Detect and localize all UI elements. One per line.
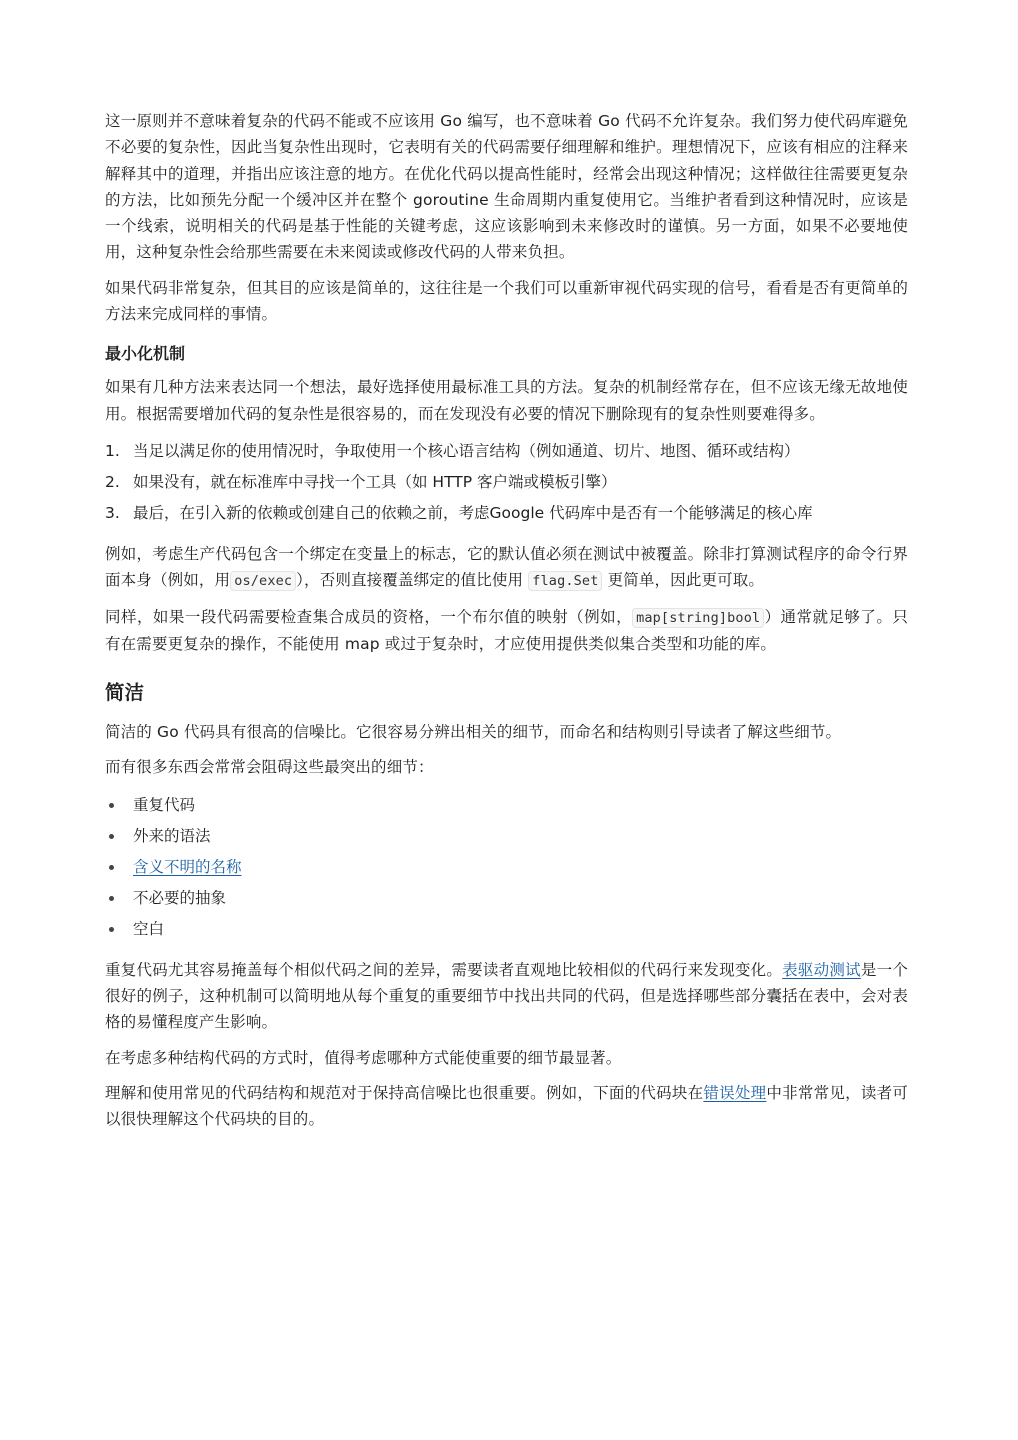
list-item-text: 重复代码 — [133, 796, 195, 814]
list-item-text: 如果没有，就在标准库中寻找一个工具（如 HTTP 客户端或模板引擎） — [133, 473, 617, 491]
inline-code-os-exec: os/exec — [230, 571, 296, 591]
list-number: 1. — [105, 436, 127, 467]
list-number: 2. — [105, 467, 127, 498]
paragraph-conventions: 理解和使用常见的代码结构和规范对于保持高信噪比也很重要。例如，下面的代码块在错误… — [105, 1080, 908, 1133]
bullet-icon — [109, 896, 114, 901]
list-item: 2. 如果没有，就在标准库中寻找一个工具（如 HTTP 客户端或模板引擎） — [105, 467, 908, 498]
text-segment: ），否则直接覆盖绑定的值比使用 — [296, 571, 523, 589]
paragraph-concise-lead: 而有很多东西会常常会阻碍这些最突出的细节： — [105, 754, 908, 780]
list-item: 3. 最后，在引入新的依赖或创建自己的依赖之前，考虑Google 代码库中是否有… — [105, 498, 908, 529]
list-item: 外来的语法 — [105, 821, 908, 852]
link-error-handling[interactable]: 错误处理 — [703, 1084, 766, 1102]
paragraph-repetition: 重复代码尤其容易掩盖每个相似代码之间的差异，需要读者直观地比较相似的代码行来发现… — [105, 957, 908, 1036]
list-item-text: 外来的语法 — [133, 827, 211, 845]
list-item-text: 当足以满足你的使用情况时，争取使用一个核心语言结构（例如通道、切片、地图、循环或… — [133, 442, 800, 460]
list-item-text: 最后，在引入新的依赖或创建自己的依赖之前，考虑Google 代码库中是否有一个能… — [133, 504, 813, 522]
document-page: 这一原则并不意味着复杂的代码不能或不应该用 Go 编写，也不意味着 Go 代码不… — [105, 108, 908, 1142]
list-item: 空白 — [105, 914, 908, 945]
paragraph-simplify-signal: 如果代码非常复杂，但其目的应该是简单的，这往往是一个我们可以重新审视代码实现的信… — [105, 275, 908, 328]
paragraph-flag-example: 例如，考虑生产代码包含一个绑定在变量上的标志，它的默认值必须在测试中被覆盖。除非… — [105, 541, 908, 595]
inline-code-map-string-bool: map[string]bool — [632, 608, 764, 628]
heading-concision: 简洁 — [105, 677, 908, 709]
link-unclear-names[interactable]: 含义不明的名称 — [133, 858, 242, 876]
text-segment: 理解和使用常见的代码结构和规范对于保持高信噪比也很重要。例如，下面的代码块在 — [105, 1084, 703, 1102]
link-table-driven-tests[interactable]: 表驱动测试 — [782, 961, 861, 979]
paragraph-concise-intro: 简洁的 Go 代码具有很高的信噪比。它很容易分辨出相关的细节，而命名和结构则引导… — [105, 719, 908, 745]
list-item: 重复代码 — [105, 790, 908, 821]
list-item-text: 空白 — [133, 920, 164, 938]
paragraph-complexity: 这一原则并不意味着复杂的代码不能或不应该用 Go 编写，也不意味着 Go 代码不… — [105, 108, 908, 266]
paragraph-minimal-intro: 如果有几种方法来表达同一个想法，最好选择使用最标准工具的方法。复杂的机制经常存在… — [105, 374, 908, 427]
obscuring-factors-list: 重复代码 外来的语法 含义不明的名称 不必要的抽象 空白 — [105, 790, 908, 945]
bullet-icon — [109, 927, 114, 932]
bullet-icon — [109, 803, 114, 808]
text-segment: 更简单，因此更可取。 — [608, 571, 765, 589]
paragraph-structure: 在考虑多种结构代码的方式时，值得考虑哪种方式能使重要的细节最显著。 — [105, 1045, 908, 1071]
mechanism-steps-list: 1. 当足以满足你的使用情况时，争取使用一个核心语言结构（例如通道、切片、地图、… — [105, 436, 908, 529]
inline-code-flag-set: flag.Set — [528, 571, 602, 591]
list-item: 不必要的抽象 — [105, 883, 908, 914]
paragraph-map-example: 同样，如果一段代码需要检查集合成员的资格，一个布尔值的映射（例如，map[str… — [105, 604, 908, 658]
list-item: 含义不明的名称 — [105, 852, 908, 883]
list-item: 1. 当足以满足你的使用情况时，争取使用一个核心语言结构（例如通道、切片、地图、… — [105, 436, 908, 467]
bullet-icon — [109, 834, 114, 839]
text-segment: 重复代码尤其容易掩盖每个相似代码之间的差异，需要读者直观地比较相似的代码行来发现… — [105, 961, 782, 979]
list-number: 3. — [105, 498, 127, 529]
heading-minimal-mechanism: 最小化机制 — [105, 341, 908, 367]
text-segment: 同样，如果一段代码需要检查集合成员的资格，一个布尔值的映射（例如， — [105, 608, 632, 626]
list-item-text: 不必要的抽象 — [133, 889, 226, 907]
bullet-icon — [109, 865, 114, 870]
